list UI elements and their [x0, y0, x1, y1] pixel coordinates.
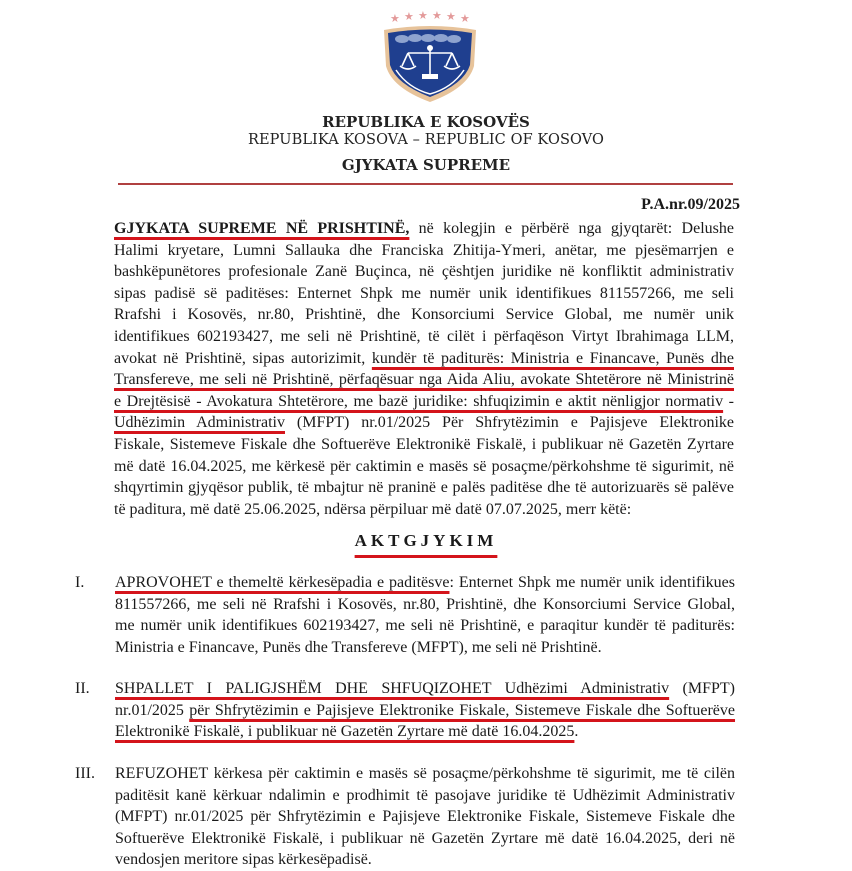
item-numeral: II.	[75, 678, 115, 700]
court-name-emphasis: GJYKATA SUPREME NË PRISHTINË,	[114, 220, 409, 237]
item-line: nr.01/2025 për Shfrytëzimin e Pajisjeve …	[115, 700, 735, 722]
item-text: me numër unik identifikues 602193427, me…	[115, 617, 735, 634]
annulment-highlight: Elektronikë Fiskalë, i publikuar në Gaze…	[115, 723, 574, 740]
item-text: Ministria e Financave, Punës dhe Transfe…	[115, 639, 602, 656]
intro-text: avokat në Prishtinë, sipas autorizimit,	[114, 350, 372, 367]
item-line: APROVOHET e themeltë kërkesëpadia e padi…	[115, 572, 735, 594]
item-line: Elektronikë Fiskalë, i publikuar në Gaze…	[115, 721, 735, 743]
intro-text: më datë 16.04.2025, me kërkesë për cakti…	[114, 458, 734, 475]
intro-line: Halimi kryetare, Lumni Sallauka dhe Fran…	[114, 240, 734, 262]
verdict-title-text: AKTGJYKIM	[355, 531, 498, 550]
header-republic-albanian: REPUBLIKA E KOSOVËS	[0, 113, 852, 131]
intro-text: Fiskale, Sistemeve Fiskale dhe Softuerëv…	[114, 436, 734, 453]
item-text: Softuerëve Elektronikë Fiskalë, i publik…	[115, 830, 735, 847]
svg-text:★: ★	[418, 9, 428, 22]
item-text: .	[574, 723, 578, 740]
intro-text: identifikues 602193427, me seli në Prish…	[114, 328, 734, 345]
item-body: REFUZOHET kërkesa për caktimin e masës s…	[115, 763, 735, 871]
svg-text:★: ★	[446, 10, 456, 23]
item-line: (MFPT) nr.01/2025 për Shfrytëzimin e Paj…	[115, 806, 735, 828]
item-text: vendosjen meritore sipas kërkesëpadisë.	[115, 851, 372, 868]
item-line: Ministria e Financave, Punës dhe Transfe…	[115, 637, 735, 659]
header-republic-multilingual: REPUBLIKA KOSOVA – REPUBLIC OF KOSOVO	[0, 132, 852, 148]
item-line: Softuerëve Elektronikë Fiskalë, i publik…	[115, 828, 735, 850]
instruction-highlight: Udhëzimin Administrativ	[114, 414, 285, 431]
item-line: vendosjen meritore sipas kërkesëpadisë.	[115, 849, 735, 871]
svg-text:★: ★	[404, 10, 414, 23]
svg-text:★: ★	[432, 9, 442, 22]
intro-paragraph: GJYKATA SUPREME NË PRISHTINË, në kolegji…	[114, 218, 734, 520]
header-court-name: GJYKATA SUPREME	[0, 156, 852, 174]
item-line: me numër unik identifikues 602193427, me…	[115, 615, 735, 637]
approval-highlight: APROVOHET e themeltë kërkesëpadia e padi…	[115, 574, 449, 591]
intro-line: më datë 16.04.2025, me kërkesë për cakti…	[114, 456, 734, 478]
svg-text:★: ★	[390, 12, 400, 25]
kosovo-judicial-emblem-icon: ★ ★ ★ ★ ★ ★	[378, 8, 482, 104]
intro-line: të paditura, më datë 25.06.2025, ndërsa …	[114, 499, 734, 521]
svg-text:★: ★	[460, 12, 470, 25]
annulment-highlight: SHPALLET I PALIGJSHËM DHE SHFUQIZOHET Ud…	[115, 680, 669, 697]
item-line: paditësit kanë kërkuar ndalimin e prodhi…	[115, 785, 735, 807]
respondent-highlight: e Drejtësisë - Avokatura Shtetërore, me …	[114, 393, 723, 410]
intro-line: Transfereve, me seli në Prishtinë, përfa…	[114, 369, 734, 391]
intro-text: sipas padisë së paditëses: Enternet Shpk…	[114, 285, 734, 302]
item-line: 811557266, me seli në Rrafshi i Kosovës,…	[115, 594, 735, 616]
intro-line: Fiskale, Sistemeve Fiskale dhe Softuerëv…	[114, 434, 734, 456]
intro-text: -	[723, 393, 734, 410]
item-text: REFUZOHET kërkesa për caktimin e masës s…	[115, 765, 735, 782]
intro-line: shqyrtimin gjyqësor publik, të mbajtur n…	[114, 477, 734, 499]
item-numeral: III.	[75, 763, 115, 785]
intro-line: Rrafshi i Kosovës, nr.80, Prishtinë, dhe…	[114, 304, 734, 326]
item-body: SHPALLET I PALIGJSHËM DHE SHFUQIZOHET Ud…	[115, 678, 735, 743]
intro-text: Halimi kryetare, Lumni Sallauka dhe Fran…	[114, 242, 734, 259]
item-text: 811557266, me seli në Rrafshi i Kosovës,…	[115, 596, 735, 613]
item-body: APROVOHET e themeltë kërkesëpadia e padi…	[115, 572, 735, 658]
respondent-highlight: kundër të paditurës: Ministria e Financa…	[372, 350, 734, 367]
item-text: paditësit kanë kërkuar ndalimin e prodhi…	[115, 787, 735, 804]
item-line: REFUZOHET kërkesa për caktimin e masës s…	[115, 763, 735, 785]
item-text: (MFPT)	[669, 680, 735, 697]
item-text: (MFPT) nr.01/2025 për Shfrytëzimin e Paj…	[115, 808, 735, 825]
intro-line: Udhëzimin Administrativ (MFPT) nr.01/202…	[114, 412, 734, 434]
header-divider	[118, 183, 733, 185]
item-text: : Enternet Shpk me numër unik identifiku…	[449, 574, 735, 591]
case-number: P.A.nr.09/2025	[641, 196, 740, 214]
intro-text: shqyrtimin gjyqësor publik, të mbajtur n…	[114, 479, 734, 496]
intro-line: e Drejtësisë - Avokatura Shtetërore, me …	[114, 391, 734, 413]
intro-line: bashkëpunëtores profesionale Zanë Buçinc…	[114, 261, 734, 283]
intro-text: në kolegjin e përbërë nga gjyqtarët: Del…	[409, 220, 734, 237]
verdict-title: AKTGJYKIM	[0, 531, 852, 551]
intro-line: GJYKATA SUPREME NË PRISHTINË, në kolegji…	[114, 218, 734, 240]
annulment-highlight: për Shfrytëzimin e Pajisjeve Elektronike…	[189, 702, 735, 719]
item-numeral: I.	[75, 572, 115, 594]
respondent-highlight: Transfereve, me seli në Prishtinë, përfa…	[114, 371, 734, 388]
intro-text: Rrafshi i Kosovës, nr.80, Prishtinë, dhe…	[114, 306, 734, 323]
intro-text: (MFPT) nr.01/2025 Për Shfrytëzimin e Paj…	[285, 414, 734, 431]
intro-text: bashkëpunëtores profesionale Zanë Buçinc…	[114, 263, 734, 280]
intro-text: të paditura, më datë 25.06.2025, ndërsa …	[114, 501, 631, 518]
intro-line: sipas padisë së paditëses: Enternet Shpk…	[114, 283, 734, 305]
item-text: nr.01/2025	[115, 702, 189, 719]
intro-line: avokat në Prishtinë, sipas autorizimit, …	[114, 348, 734, 370]
intro-line: identifikues 602193427, me seli në Prish…	[114, 326, 734, 348]
item-line: SHPALLET I PALIGJSHËM DHE SHFUQIZOHET Ud…	[115, 678, 735, 700]
